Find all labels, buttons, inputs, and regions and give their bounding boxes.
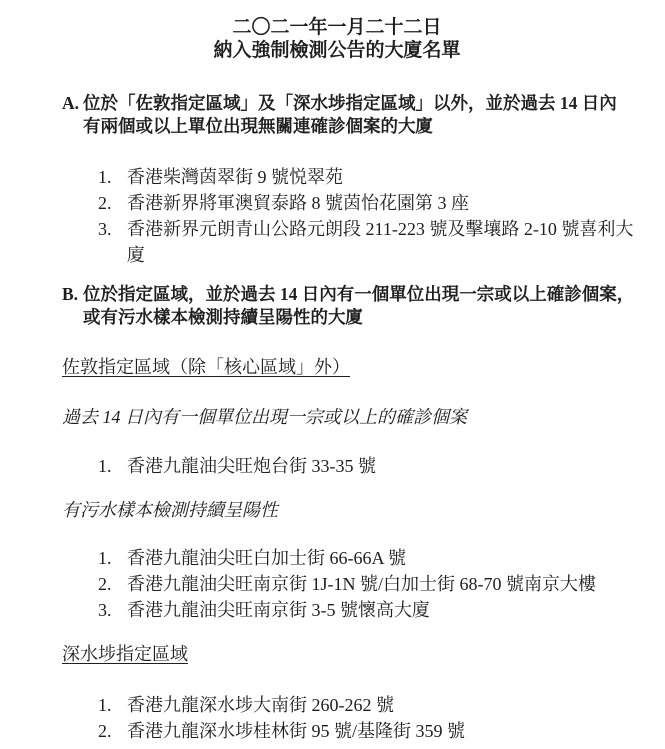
list-item: 2. 香港九龍油尖旺南京街 1J-1N 號/白加士街 68-70 號南京大樓 — [98, 571, 612, 597]
item-number: 3. — [98, 216, 127, 268]
building-address: 香港新界將軍澳貿泰路 8 號茵怡花園第 3 座 — [127, 190, 469, 216]
list-item: 1. 香港柴灣茵翠街 9 號悦翠苑 — [98, 164, 612, 190]
group-heading-confirmed-cases: 過去 14 日內有一個單位出現一宗或以上的確診個案 — [62, 406, 612, 429]
building-address: 香港新界元朗青山公路元朗段 211-223 號及擊壤路 2-10 號喜利大 廈 — [127, 216, 633, 268]
building-address: 香港九龍油尖旺白加士街 66-66A 號 — [127, 545, 406, 571]
list-item: 2. 香港九龍深水埗桂林街 95 號/基隆街 359 號 — [98, 718, 612, 744]
list-item: 2. 香港新界將軍澳貿泰路 8 號茵怡花園第 3 座 — [98, 190, 612, 216]
document-title-block: 二〇二一年一月二十二日 納入強制檢測公告的大廈名單 — [62, 16, 612, 62]
sham-shui-po-building-list: 1. 香港九龍深水埗大南街 260-262 號 2. 香港九龍深水埗桂林街 95… — [98, 692, 612, 744]
section-a-building-list: 1. 香港柴灣茵翠街 9 號悦翠苑 2. 香港新界將軍澳貿泰路 8 號茵怡花園第… — [98, 164, 612, 268]
section-b-label: B. — [62, 283, 83, 329]
section-a: A. 位於「佐敦指定區域」及「深水埗指定區域」以外，並於過去 14 日內 有兩個… — [62, 92, 612, 138]
section-a-label: A. — [62, 92, 83, 138]
item-number: 3. — [98, 597, 127, 623]
item-number: 2. — [98, 190, 127, 216]
building-address: 香港九龍深水埗大南街 260-262 號 — [127, 692, 394, 718]
list-item: 1. 香港九龍深水埗大南街 260-262 號 — [98, 692, 612, 718]
item-number: 2. — [98, 571, 127, 597]
subsection-heading-sham-shui-po: 深水埗指定區域 — [62, 643, 612, 666]
building-address: 香港九龍油尖旺南京街 1J-1N 號/白加士街 68-70 號南京大樓 — [127, 571, 596, 597]
building-address: 香港九龍油尖旺南京街 3-5 號懷高大廈 — [127, 597, 430, 623]
building-address: 香港九龍深水埗桂林街 95 號/基隆街 359 號 — [127, 718, 465, 744]
section-b-heading: 位於指定區域，並於過去 14 日內有一個單位出現一宗或以上確診個案， 或有污水樣… — [83, 283, 634, 329]
item-number: 1. — [98, 453, 127, 479]
subsection-heading-jordan: 佐敦指定區域（除「核心區域」外） — [62, 356, 612, 379]
document-page: 二〇二一年一月二十二日 納入強制檢測公告的大廈名單 A. 位於「佐敦指定區域」及… — [0, 0, 665, 749]
section-a-heading: 位於「佐敦指定區域」及「深水埗指定區域」以外，並於過去 14 日內 有兩個或以上… — [83, 92, 617, 138]
group-heading-sewage-positive: 有污水樣本檢測持續呈陽性 — [62, 499, 612, 522]
list-item: 1. 香港九龍油尖旺炮台街 33-35 號 — [98, 453, 612, 479]
section-b: B. 位於指定區域，並於過去 14 日內有一個單位出現一宗或以上確診個案， 或有… — [62, 283, 612, 329]
list-item: 3. 香港九龍油尖旺南京街 3-5 號懷高大廈 — [98, 597, 612, 623]
document-date-title: 二〇二一年一月二十二日 — [62, 16, 612, 39]
item-number: 1. — [98, 545, 127, 571]
building-address: 香港九龍油尖旺炮台街 33-35 號 — [127, 453, 376, 479]
list-item: 1. 香港九龍油尖旺白加士街 66-66A 號 — [98, 545, 612, 571]
jordan-sewage-building-list: 1. 香港九龍油尖旺白加士街 66-66A 號 2. 香港九龍油尖旺南京街 1J… — [98, 545, 612, 623]
jordan-confirmed-building-list: 1. 香港九龍油尖旺炮台街 33-35 號 — [98, 453, 612, 479]
item-number: 1. — [98, 164, 127, 190]
item-number: 1. — [98, 692, 127, 718]
building-address: 香港柴灣茵翠街 9 號悦翠苑 — [127, 164, 343, 190]
item-number: 2. — [98, 718, 127, 744]
list-item: 3. 香港新界元朗青山公路元朗段 211-223 號及擊壤路 2-10 號喜利大… — [98, 216, 612, 268]
document-subtitle: 納入強制檢測公告的大廈名單 — [62, 39, 612, 62]
